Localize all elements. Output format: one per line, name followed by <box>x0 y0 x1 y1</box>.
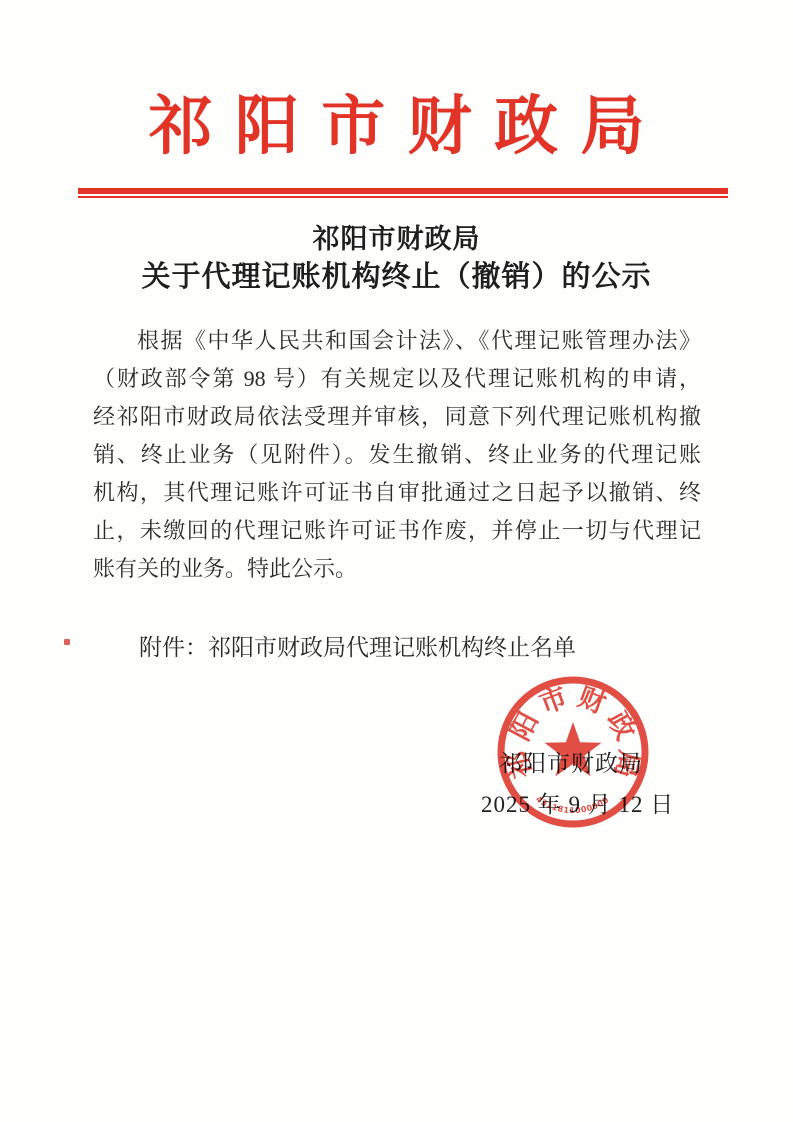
seal-serial-number: 4311811000000 <box>534 794 611 815</box>
body-line: 止，未缴回的代理记账许可证书作废，并停止一切与代理记 <box>93 512 701 550</box>
body-line: 机构，其代理记账许可证书自审批通过之日起予以撤销、终 <box>93 474 701 512</box>
body-paragraph: 根据《中华人民共和国会计法》、《代理记账管理办法》 （财政部令第 98 号）有关… <box>93 322 701 588</box>
star-icon <box>545 722 602 776</box>
red-divider-rule <box>78 188 728 198</box>
body-line: （财政部令第 98 号）有关规定以及代理记账机构的申请， <box>93 360 701 398</box>
document-page: 祁阳市财政局 祁阳市财政局 关于代理记账机构终止（撤销）的公示 根据《中华人民共… <box>0 0 793 1122</box>
doc-title-line1: 祁阳市财政局 <box>0 222 793 256</box>
doc-title-line2: 关于代理记账机构终止（撤销）的公示 <box>0 256 793 298</box>
scan-artifact-dot <box>64 639 70 645</box>
body-line: 销、终止业务（见附件）。发生撤销、终止业务的代理记账 <box>93 436 701 474</box>
body-line: 根据《中华人民共和国会计法》、《代理记账管理办法》 <box>93 322 701 360</box>
attachment-line: 附件：祁阳市财政局代理记账机构终止名单 <box>93 629 733 667</box>
official-seal: 祁阳市财政局 4311811000000 <box>493 672 653 832</box>
body-line: 经祁阳市财政局依法受理并审核，同意下列代理记账机构撤 <box>93 398 701 436</box>
masthead-agency-title: 祁阳市财政局 <box>0 84 793 170</box>
body-line: 账有关的业务。特此公示。 <box>93 550 701 588</box>
doc-title: 祁阳市财政局 关于代理记账机构终止（撤销）的公示 <box>0 222 793 298</box>
